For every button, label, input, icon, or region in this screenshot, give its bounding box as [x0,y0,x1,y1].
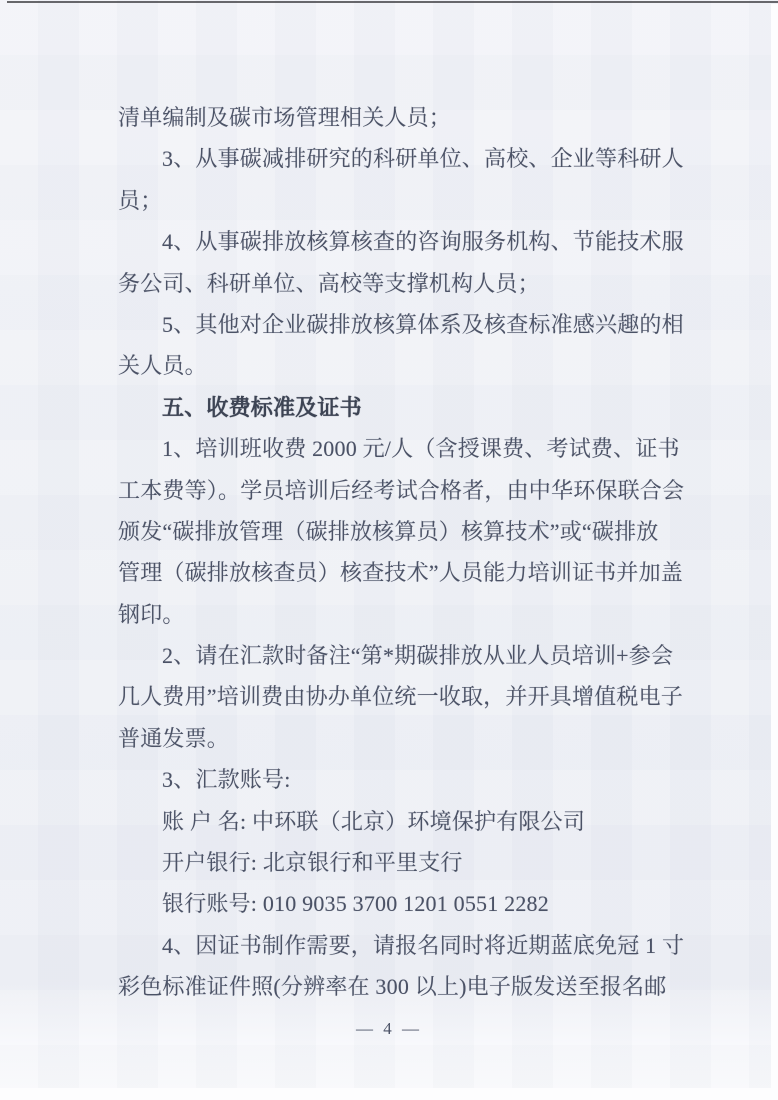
text-line: 普通发票。 [118,718,684,759]
text-line: 务公司、科研单位、高校等支撑机构人员； [118,263,684,304]
text-line: 3、从事碳减排研究的科研单位、高校、企业等科研人 [118,138,684,179]
text-line: 1、培训班收费 2000 元/人（含授课费、考试费、证书 [118,428,684,469]
text-line: 4、因证书制作需要，请报名同时将近期蓝底免冠 1 寸 [118,925,684,966]
text-line: 4、从事碳排放核算核查的咨询服务机构、节能技术服 [118,221,684,262]
text-line: 账 户 名: 中环联（北京）环境保护有限公司 [118,801,684,842]
text-line: 颁发“碳排放管理（碳排放核算员）核算技术”或“碳排放 [118,511,684,552]
page-number: — 4 — [356,1019,422,1038]
document-body: 清单编制及碳市场管理相关人员；3、从事碳减排研究的科研单位、高校、企业等科研人员… [118,97,684,1008]
text-line: 彩色标准证件照(分辨率在 300 以上)电子版发送至报名邮 [118,966,684,1007]
text-line: 员； [118,180,684,221]
text-line: 银行账号: 010 9035 3700 1201 0551 2282 [118,883,684,924]
scan-edge-bottom-artifact [0,1088,778,1100]
page-footer: — 4 — [0,1019,778,1039]
scan-edge-top-artifact [7,1,778,3]
text-line: 管理（碳排放核查员）核查技术”人员能力培训证书并加盖 [118,552,684,593]
text-line: 5、其他对企业碳排放核算体系及核查标准感兴趣的相 [118,304,684,345]
text-line: 3、汇款账号: [118,759,684,800]
text-line: 钢印。 [118,594,684,635]
text-line: 开户银行: 北京银行和平里支行 [118,842,684,883]
text-line: 几人费用”培训费由协办单位统一收取，并开具增值税电子 [118,676,684,717]
text-line: 关人员。 [118,345,684,386]
scan-edge-right-artifact [771,4,778,1100]
section-heading-line: 五、收费标准及证书 [118,387,684,428]
text-line: 清单编制及碳市场管理相关人员； [118,97,684,138]
text-line: 2、请在汇款时备注“第*期碳排放从业人员培训+参会 [118,635,684,676]
text-line: 工本费等）。学员培训后经考试合格者，由中华环保联合会 [118,470,684,511]
scanned-document-page: 清单编制及碳市场管理相关人员；3、从事碳减排研究的科研单位、高校、企业等科研人员… [0,0,778,1100]
